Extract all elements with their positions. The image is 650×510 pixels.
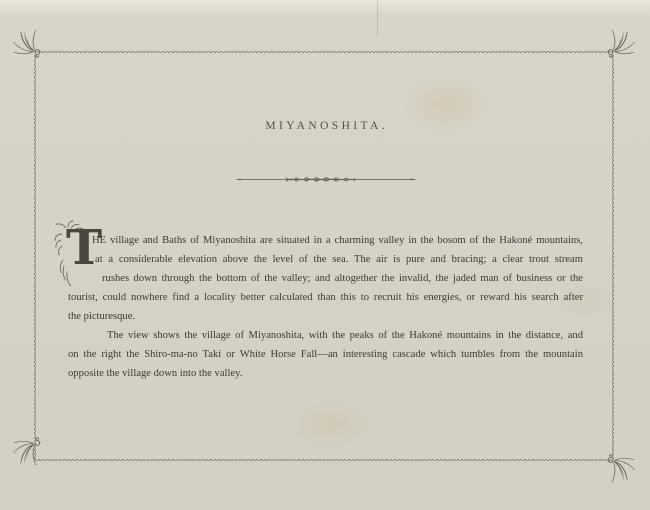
body-line: HE village and Baths of Miyanoshita are … <box>68 231 583 250</box>
paper-crease <box>377 0 378 36</box>
corner-flourish-icon <box>603 26 639 62</box>
twisted-rule-icon <box>236 172 416 190</box>
border-left-rule <box>34 52 37 460</box>
body-line: on the right the Shiro-ma-no Taki or Whi… <box>68 345 583 364</box>
body-text: HE village and Baths of Miyanoshita are … <box>68 231 583 383</box>
corner-flourish-icon <box>9 26 45 62</box>
body-line: rushes down through the bottom of the va… <box>68 269 583 288</box>
album-page: MIYANOSHITA. <box>0 0 650 510</box>
body-line: tourist, could nowhere find a locality b… <box>68 288 583 307</box>
border-top-rule <box>35 50 613 53</box>
corner-flourish-icon <box>9 450 45 469</box>
border-right-rule <box>611 52 614 460</box>
page-title: MIYANOSHITA. <box>0 120 650 132</box>
body-line: opposite the village down into the valle… <box>68 364 583 383</box>
corner-flourish-icon <box>603 450 639 486</box>
body-line: at a considerable elevation above the le… <box>68 250 583 269</box>
body-line: the picturesque. <box>68 307 583 326</box>
border-bottom-rule <box>35 459 613 462</box>
body-line: The view shows the village of Miyanoshit… <box>68 326 583 345</box>
